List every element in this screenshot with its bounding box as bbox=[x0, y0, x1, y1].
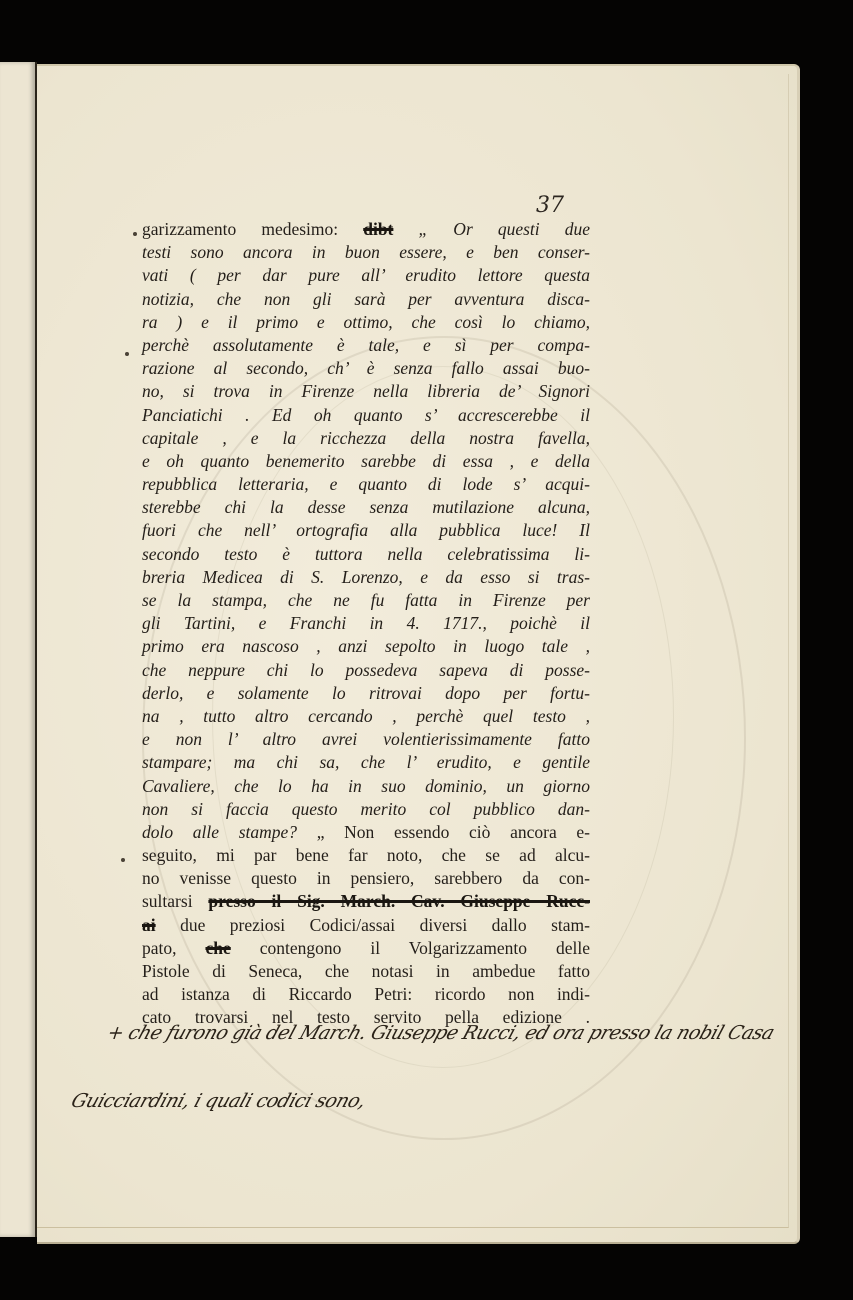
text-span: capitale , e la ricchezza della nostra f… bbox=[142, 428, 590, 448]
text-span: no venisse questo in pensiero, sarebbero… bbox=[142, 868, 590, 888]
text-line: razione al secondo, ch’ è senza fallo as… bbox=[142, 357, 590, 380]
text-line: dolo alle stampe? „ Non essendo ciò anco… bbox=[142, 821, 590, 844]
text-span: contengono il Volgarizzamento delle bbox=[231, 938, 590, 958]
text-line: che neppure chi lo possedeva sapeva di p… bbox=[142, 659, 590, 682]
text-span: Panciatichi . Ed oh quanto s’ accrescere… bbox=[142, 405, 590, 425]
facing-page-edge bbox=[0, 62, 37, 1237]
text-span: perchè assolutamente è tale, e sì per co… bbox=[142, 335, 590, 355]
struck-through-text: ai bbox=[142, 915, 156, 935]
text-span: gli Tartini, e Franchi in 4. 1717., poic… bbox=[142, 613, 590, 633]
text-line: e oh quanto benemerito sarebbe di essa ,… bbox=[142, 450, 590, 473]
text-line: sultarsi presso il Sig. March. Cav. Gius… bbox=[142, 890, 590, 913]
text-span: dolo alle stampe? bbox=[142, 822, 317, 842]
text-line: e non l’ altro avrei volentierissimament… bbox=[142, 728, 590, 751]
handwritten-note-line-2: Guicciardini, i quali codici sono, bbox=[68, 1090, 368, 1112]
text-span: testi sono ancora in buon essere, e ben … bbox=[142, 242, 590, 262]
margin-mark bbox=[121, 858, 125, 862]
text-span: e oh quanto benemerito sarebbe di essa ,… bbox=[142, 451, 590, 471]
text-span: non si faccia questo merito col pubblico… bbox=[142, 799, 590, 819]
text-line: no venisse questo in pensiero, sarebbero… bbox=[142, 867, 590, 890]
text-line: sterebbe chi la desse senza mutilazione … bbox=[142, 496, 590, 519]
page-number: 37 bbox=[536, 193, 564, 218]
text-line: repubblica letteraria, e quanto di lode … bbox=[142, 473, 590, 496]
text-span: stampare; ma chi sa, che l’ erudito, e g… bbox=[142, 752, 590, 772]
text-span: sultarsi bbox=[142, 891, 208, 911]
text-span: primo era nascoso , anzi sepolto in luog… bbox=[142, 636, 590, 656]
text-line: perchè assolutamente è tale, e sì per co… bbox=[142, 334, 590, 357]
text-line: secondo testo è tuttora nella celebratis… bbox=[142, 543, 590, 566]
margin-mark bbox=[125, 352, 129, 356]
text-line: seguito, mi par bene far noto, che se ad… bbox=[142, 844, 590, 867]
text-span: che neppure chi lo possedeva sapeva di p… bbox=[142, 660, 590, 680]
text-line: ai due preziosi Codici/assai diversi dal… bbox=[142, 914, 590, 937]
struck-through-text: che bbox=[205, 938, 230, 958]
text-line: se la stampa, che ne fu fatta in Firenze… bbox=[142, 589, 590, 612]
text-span: notizia, che non gli sarà per avventura … bbox=[142, 289, 590, 309]
text-line: garizzamento medesimo: dibt „ Or questi … bbox=[142, 218, 590, 241]
text-span: derlo, e solamente lo ritrovai dopo per … bbox=[142, 683, 590, 703]
text-span: fuori che nell’ ortografia alla pubblica… bbox=[142, 520, 590, 540]
handwritten-note-line-1: + che furono già del March. Giuseppe Ruc… bbox=[104, 1022, 777, 1044]
text-span: breria Medicea di S. Lorenzo, e da esso … bbox=[142, 567, 590, 587]
text-span: repubblica letteraria, e quanto di lode … bbox=[142, 474, 590, 494]
text-line: na , tutto altro cercando , perchè quel … bbox=[142, 705, 590, 728]
text-line: fuori che nell’ ortografia alla pubblica… bbox=[142, 519, 590, 542]
text-line: capitale , e la ricchezza della nostra f… bbox=[142, 427, 590, 450]
struck-through-text: presso il Sig. March. Cav. Giuseppe Rucc… bbox=[208, 891, 590, 911]
printed-text-body: garizzamento medesimo: dibt „ Or questi … bbox=[142, 218, 590, 1030]
text-span: se la stampa, che ne fu fatta in Firenze… bbox=[142, 590, 590, 610]
text-line: ra ) e il primo e ottimo, che così lo ch… bbox=[142, 311, 590, 334]
text-span: pato, bbox=[142, 938, 205, 958]
text-span: seguito, mi par bene far noto, che se ad… bbox=[142, 845, 590, 865]
text-span: Pistole di Seneca, che notasi in ambedue… bbox=[142, 961, 590, 981]
text-span: no, si trova in Firenze nella libreria d… bbox=[142, 381, 590, 401]
text-span: „ Or questi due bbox=[393, 219, 590, 239]
text-line: Pistole di Seneca, che notasi in ambedue… bbox=[142, 960, 590, 983]
text-line: Panciatichi . Ed oh quanto s’ accrescere… bbox=[142, 404, 590, 427]
text-span: sterebbe chi la desse senza mutilazione … bbox=[142, 497, 590, 517]
text-span: ad istanza di Riccardo Petri: ricordo no… bbox=[142, 984, 590, 1004]
text-line: non si faccia questo merito col pubblico… bbox=[142, 798, 590, 821]
text-line: no, si trova in Firenze nella libreria d… bbox=[142, 380, 590, 403]
text-span: garizzamento medesimo: bbox=[142, 219, 363, 239]
text-span: vati ( per dar pure all’ erudito lettore… bbox=[142, 265, 590, 285]
text-line: stampare; ma chi sa, che l’ erudito, e g… bbox=[142, 751, 590, 774]
text-span: secondo testo è tuttora nella celebratis… bbox=[142, 544, 590, 564]
text-line: testi sono ancora in buon essere, e ben … bbox=[142, 241, 590, 264]
text-line: gli Tartini, e Franchi in 4. 1717., poic… bbox=[142, 612, 590, 635]
text-line: breria Medicea di S. Lorenzo, e da esso … bbox=[142, 566, 590, 589]
text-span: e non l’ altro avrei volentierissimament… bbox=[142, 729, 590, 749]
text-span: razione al secondo, ch’ è senza fallo as… bbox=[142, 358, 590, 378]
text-span: ra ) e il primo e ottimo, che così lo ch… bbox=[142, 312, 590, 332]
text-span: Cavaliere, che lo ha in suo dominio, un … bbox=[142, 776, 590, 796]
text-line: Cavaliere, che lo ha in suo dominio, un … bbox=[142, 775, 590, 798]
text-line: derlo, e solamente lo ritrovai dopo per … bbox=[142, 682, 590, 705]
text-line: vati ( per dar pure all’ erudito lettore… bbox=[142, 264, 590, 287]
text-line: primo era nascoso , anzi sepolto in luog… bbox=[142, 635, 590, 658]
text-line: pato, che contengono il Volgarizzamento … bbox=[142, 937, 590, 960]
text-line: notizia, che non gli sarà per avventura … bbox=[142, 288, 590, 311]
text-span: due preziosi Codici/assai diversi dallo … bbox=[156, 915, 590, 935]
text-span: na , tutto altro cercando , perchè quel … bbox=[142, 706, 590, 726]
struck-through-text: dibt bbox=[363, 219, 393, 239]
text-line: ad istanza di Riccardo Petri: ricordo no… bbox=[142, 983, 590, 1006]
margin-mark bbox=[133, 232, 137, 236]
text-span: „ Non essendo ciò ancora e- bbox=[317, 822, 590, 842]
